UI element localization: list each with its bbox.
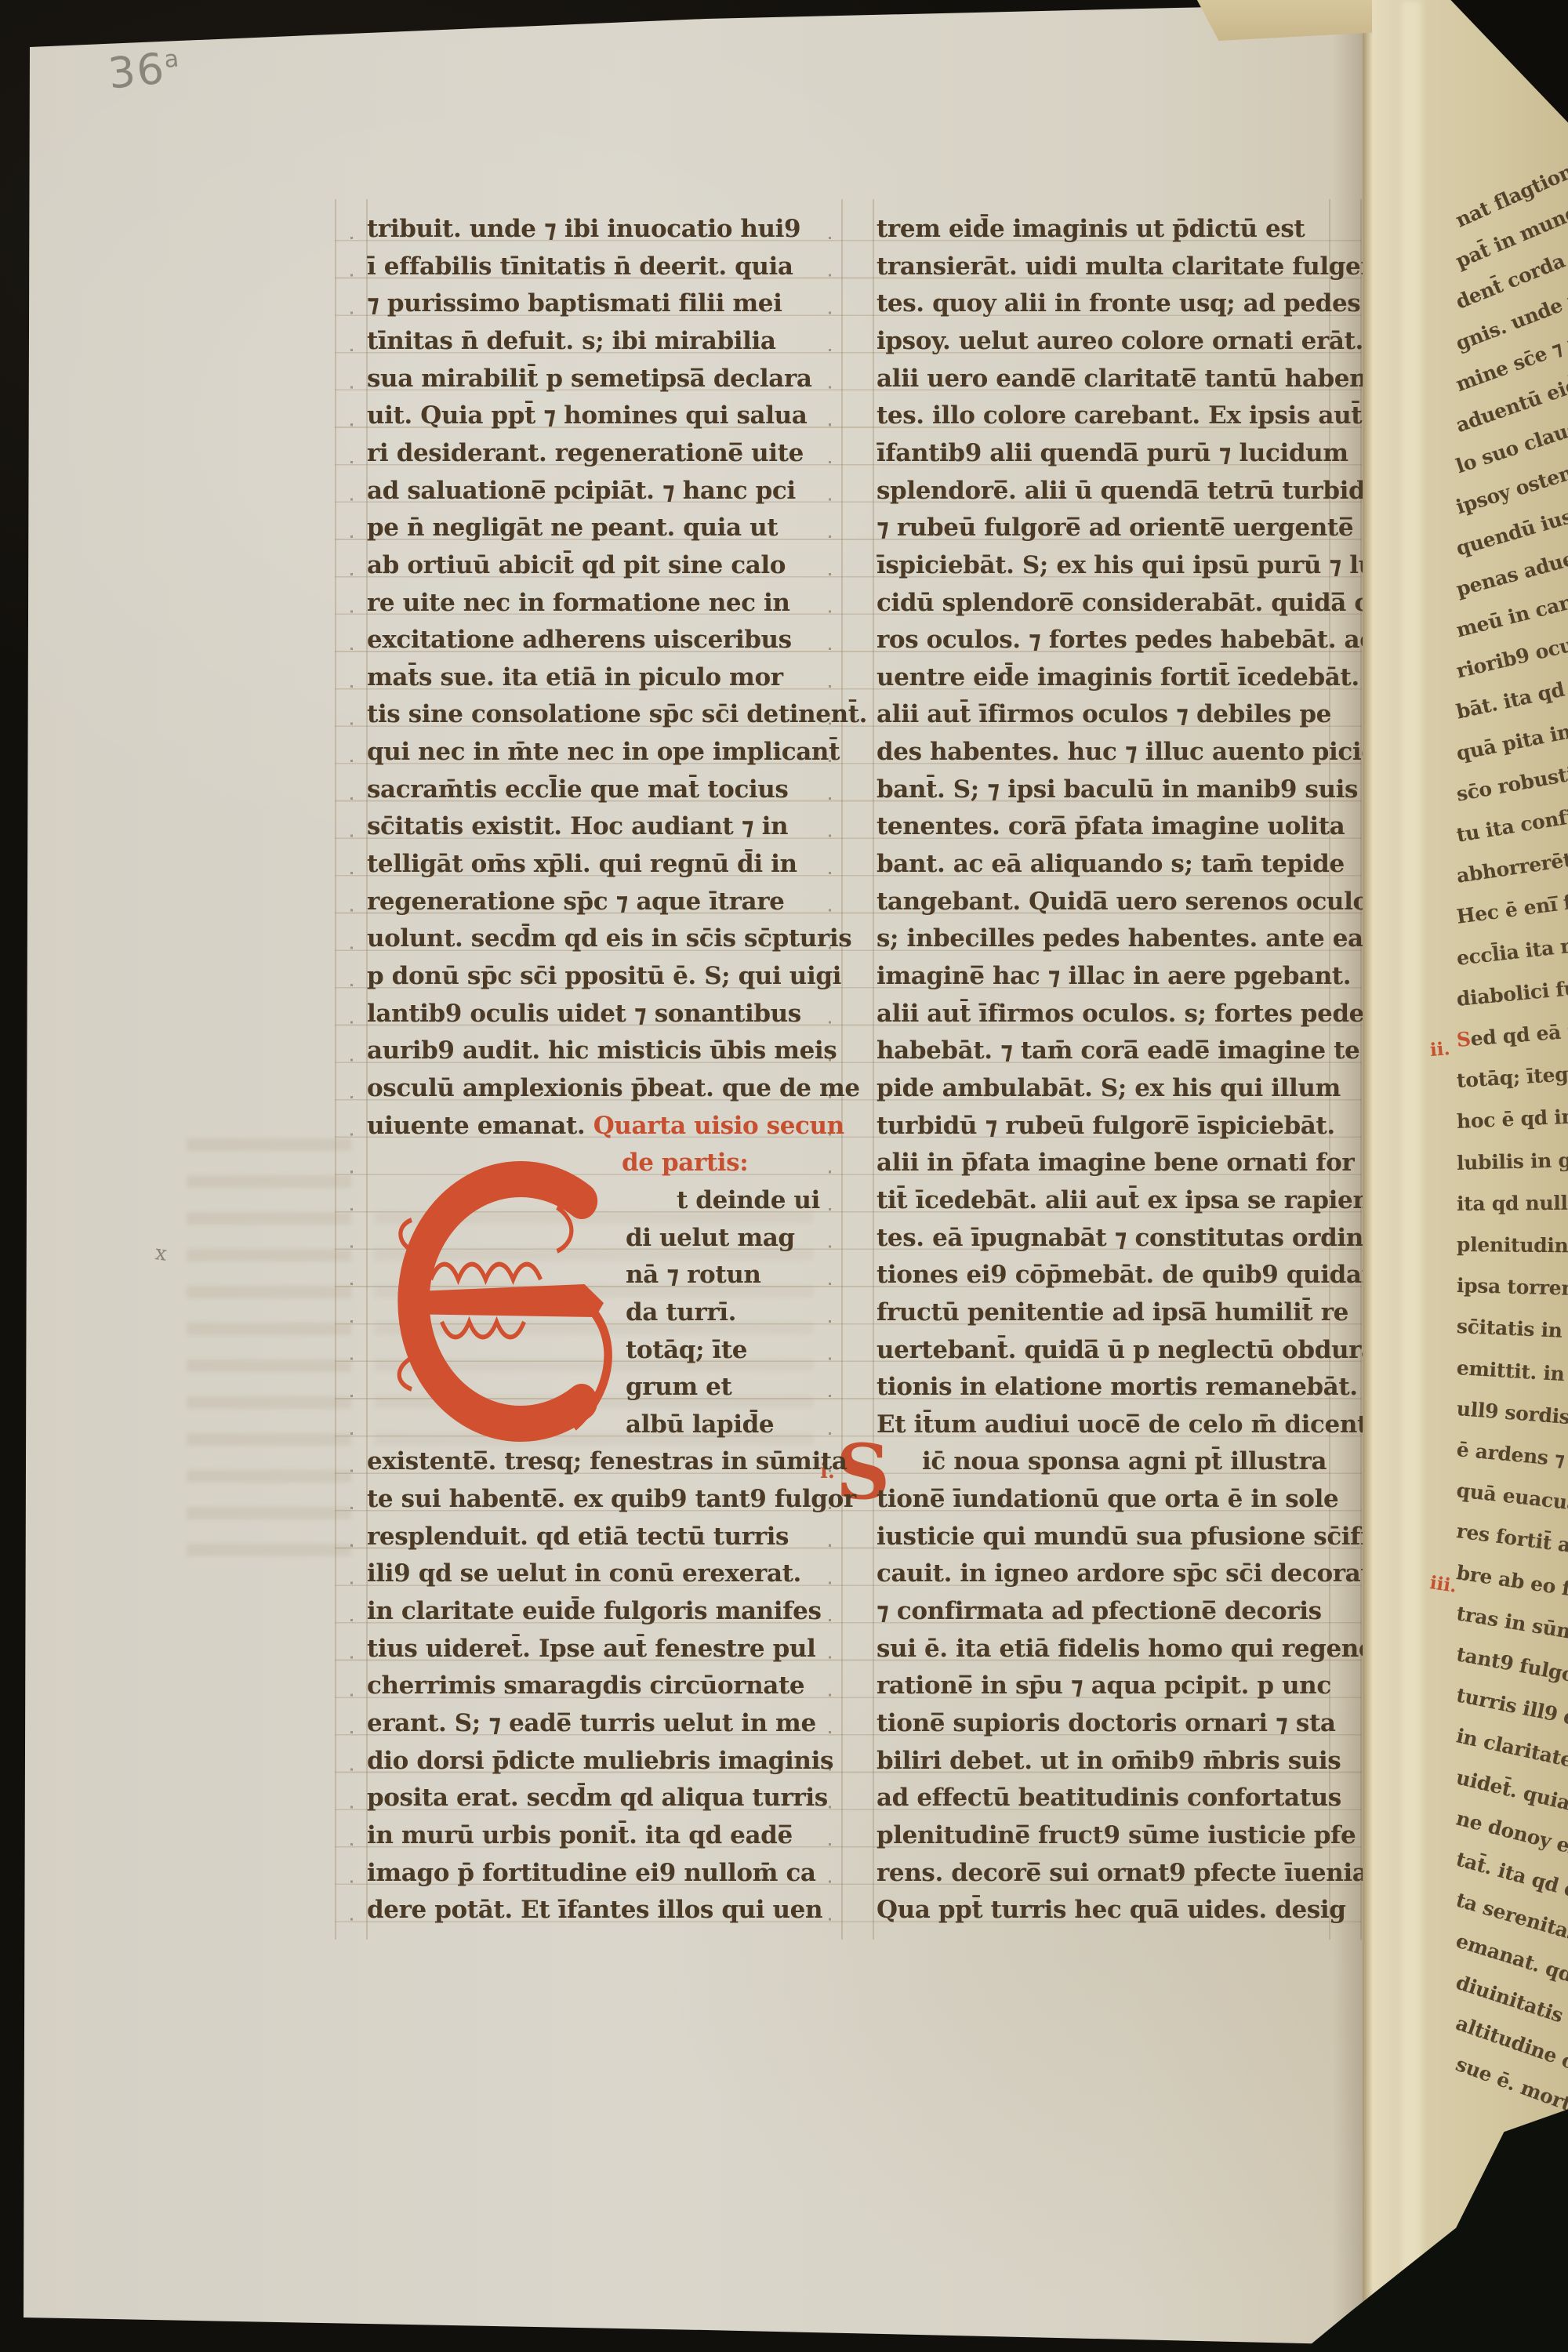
text-line: de partis: [622, 1147, 748, 1178]
text-line: īfantib9 alii quenda̅ purū ⁊ lucidum [877, 437, 1348, 469]
text-line: in claritate euid̄e fulgoris manifes [367, 1595, 822, 1627]
text-line: rens. decore̅ sui ornat9 pfecte īueniat. [877, 1857, 1387, 1889]
next-page-text-fragment: emittit. in qua [1456, 1356, 1568, 1388]
text-line: grum et [626, 1371, 731, 1403]
text-line: tius uideret̄. Ipse aut̄ fenestre pul [367, 1633, 815, 1664]
text-line: turbidū ⁊ rubeū fulgore̅ īspiciebāt. [877, 1110, 1335, 1142]
text-line: ad saluatione̅ pcipiāt. ⁊ hanc pci [367, 475, 796, 506]
text-line: Et it̄um audiui uoce̅ de celo m̄ dicente… [877, 1409, 1383, 1440]
text-line: ī effabilis tīnitatis n̄ deerit. quia [367, 251, 793, 282]
text-line: tes. quoy alii in fronte usq; ad pedes [877, 288, 1360, 319]
text-line: ⁊ rubeū fulgore̅ ad oriente̅ uergente̅ [877, 512, 1353, 543]
next-page-text-fragment: eccl̄ia ita robor [1455, 929, 1568, 970]
folio-superscript: a [163, 45, 182, 74]
next-page-text-fragment: res fortit̄ accendi [1455, 1520, 1568, 1566]
text-line: uolunt. secd̄m qd eis in sc̄is sc̄pturis [367, 923, 851, 954]
next-page-text-fragment: bre ab eo fugan [1455, 1561, 1568, 1608]
text-line: pide ambulabāt. S; ex his qui illum [877, 1073, 1341, 1104]
ink-bleedthrough [187, 1138, 351, 1562]
text-line: erant. S; ⁊ eade̅ turris uelut in me [367, 1708, 816, 1739]
text-line: des habentes. huc ⁊ illuc auento picie [877, 736, 1377, 768]
text-line: te sui habente̅. ex quib9 tant9 fulgor [367, 1483, 856, 1515]
text-line: tis sine consolatione sp̄c sc̄i detinent… [367, 699, 867, 730]
text-line: tes. eā īpugnabāt ⁊ constitutas ordina [877, 1222, 1379, 1254]
text-line: tione̅ supioris doctoris ornari ⁊ sta [877, 1708, 1336, 1739]
text-line: ad effectū beatitudinis confortatus [877, 1782, 1341, 1813]
text-line: imagine̅ hac ⁊ illac in aere pgebant. [877, 960, 1351, 992]
text-line: di uelut mag [626, 1222, 795, 1254]
next-page-text-fragment: ē ardens ⁊ lucens [1456, 1438, 1568, 1478]
text-line: ab ortiuū abicit̄ qd pit sine calo [367, 550, 786, 581]
text-line: uertebant̄. quida̅ ū p neglectū obdura [877, 1334, 1377, 1366]
text-line: tangebant. Quida̅ uero serenos oculos [877, 886, 1382, 917]
text-line: uit. Quia ppt̄ ⁊ homines qui salua [367, 400, 807, 431]
text-line: tionis in elatione mortis remanebāt. [877, 1371, 1358, 1403]
text-line: trem eid̄e imaginis ut p̄dictū est [877, 213, 1305, 245]
text-line: uiuente emanat. Quarta uisio secun [367, 1110, 844, 1142]
text-line: telligāt om̄s xp̄li. qui regnū d̄i in [367, 848, 797, 880]
text-line: ic̄ noua sponsa agni pt̄ illustra [922, 1446, 1327, 1477]
text-line: sacram̄tis eccl̄ie que mat̄ tocius [367, 774, 789, 805]
section-numeral-ii: ii. [1429, 1038, 1450, 1061]
text-line: ili9 qd se uelut in conū erexerat. [367, 1558, 801, 1589]
text-line: osculū amplexionis p̄beat. que de me [367, 1073, 860, 1104]
text-line: bant. ac eā aliquando s; tam̄ tepide [877, 848, 1345, 880]
text-line: da turrī. [626, 1297, 736, 1328]
text-line: p donū sp̄c sc̄i ppositū ē. S; qui uigi [367, 960, 841, 992]
section-numeral-iii: iii. [1428, 1572, 1458, 1597]
text-line: tes. illo colore carebant. Ex ipsis aut̄ [877, 400, 1362, 431]
text-line: iusticie qui mundū sua pfusione sc̄ifi [877, 1521, 1370, 1552]
next-page-text-fragment: quā euacuabit̄. ⁊ [1455, 1479, 1568, 1521]
text-line: cauit. in igneo ardore sp̄c sc̄i decorat… [877, 1558, 1387, 1589]
text-line: dio dorsi p̄dicte muliebris imaginis [367, 1745, 833, 1777]
text-line: pe n̄ negligāt ne peant. quia ut [367, 512, 778, 543]
text-line: ipsoy. uelut aureo colore ornati erāt. [877, 325, 1363, 357]
pricking-dots [350, 237, 353, 1930]
text-line: imago p̄ fortitudine ei9 nullom̄ ca [367, 1857, 816, 1889]
text-line: alii in p̄fata imagine bene ornati for [877, 1147, 1354, 1178]
folio-number: 36a [106, 42, 183, 98]
ruling-line-vertical [873, 199, 874, 1940]
next-page-text-fragment: diabolici furor [1456, 973, 1568, 1010]
text-line: lantib9 oculis uidet ⁊ sonantibus [367, 998, 801, 1029]
text-line: ri desiderant. regeneratione̅ uite [367, 437, 804, 469]
text-line: sc̄itatis existit. Hoc audiant ⁊ in [367, 811, 788, 842]
text-line: regeneratione sp̄c ⁊ aque ītrare [367, 886, 784, 917]
text-line: alii aut̄ īfirmos oculos ⁊ debiles pe [877, 699, 1331, 730]
text-line: tīnitas n̄ defuit. s; ibi mirabilia [367, 325, 776, 357]
body-text: uiuente emanat. [367, 1112, 593, 1140]
text-line: dere potāt. Et īfantes illos qui uen [367, 1894, 822, 1926]
next-page-text-fragment: tu ita confirma [1455, 798, 1568, 847]
text-line: qui nec in m̄te nec in ope implicant̄ [367, 736, 840, 768]
text-line: posita erat. secd̄m qd aliqua turris [367, 1782, 828, 1813]
text-line: bant̄. S; ⁊ ipsi baculū in manib9 suis [877, 774, 1358, 805]
text-line: resplenduit. qd etiā tectū turris [367, 1521, 789, 1552]
ruling-line-vertical [841, 199, 843, 1940]
text-line: excitatione adherens uisceribus [367, 624, 792, 655]
next-page-text-fragment: Sed qd eā iu [1456, 1018, 1568, 1051]
next-page-text-fragment: ipsa torrens it̄ h [1457, 1274, 1568, 1301]
initial-red: S [1456, 1028, 1472, 1051]
illuminated-initial-E [351, 1160, 626, 1443]
next-page-text-fragment: abhorrerēt. q̄n s [1455, 840, 1568, 887]
next-page-text-fragment: ull9 sordis īuenta [1456, 1397, 1568, 1434]
text-line: Qua ppt̄ turris hec qua̅ uides. desig [877, 1894, 1346, 1926]
text-line: plenitudine̅ fruct9 sūme iusticie pfe [877, 1820, 1356, 1851]
text-line: cherrimis smaragdis circūornate [367, 1670, 804, 1701]
text-line: alii uero eande̅ claritate̅ tantū haben [877, 363, 1367, 394]
next-page-text-fragment: ita qd nulla cor [1457, 1191, 1568, 1215]
rubric-text: Quarta uisio secun [593, 1112, 844, 1140]
text-line: nā ⁊ rotun [626, 1259, 761, 1290]
text-line: splendore̅. alii ū quenda̅ tetrū turbidū [877, 475, 1382, 506]
text-line: totāq; īte [626, 1334, 747, 1366]
text-line: sui ē. ita etiā fidelis homo qui regene [877, 1633, 1374, 1664]
next-page-text-fragment: sc̄itatis in clarita [1456, 1315, 1568, 1345]
text-line: tribuit. unde ⁊ ibi inuocatio hui9 [367, 213, 800, 245]
text-line: fructū penitentie ad ipsa̅ humilit̄ re [877, 1297, 1348, 1328]
text-line: habebāt. ⁊ tam̄ cora̅ eade̅ imagine te [877, 1035, 1359, 1066]
text-line: tiones ei9 cōp̄mebāt. de quib9 quidam p [877, 1259, 1412, 1290]
next-page-text-fragment: lubilis in gr̄a. om [1457, 1147, 1568, 1174]
text-line: ⁊ purissimo baptismati filii mei [367, 288, 782, 319]
fold-highlight [1402, 0, 1422, 2352]
text-line: s; inbecilles pedes habentes. ante eande… [877, 923, 1412, 954]
next-page-text-fragment: totāq; ītegrū ⁊ [1456, 1061, 1568, 1093]
text-line: uentre eid̄e imaginis fortit̄ īcedebāt. [877, 662, 1359, 693]
next-page-edge: nat flagtione̅ dompat̄ in mundū ppdent̄ … [1363, 0, 1568, 2352]
text-line: tione̅ īundationū que orta ē in sole [877, 1483, 1338, 1515]
text-line: in murū urbis ponit̄. ita qd eade̅ [367, 1820, 793, 1851]
text-line: existente̅. tresq; fenestras in sūmita [367, 1446, 847, 1477]
text-line: ratione̅ in sp̄u ⁊ aqua pcipit. p unc [877, 1670, 1331, 1701]
ruling-line-vertical [335, 199, 336, 1940]
text-line: ⁊ confirmata ad pfectione̅ decoris [877, 1595, 1322, 1627]
text-line: transierāt. uidi multa claritate fulgen [877, 251, 1378, 282]
next-page-text-fragment: hoc ē qd iniua [1456, 1104, 1568, 1133]
text-line: t deinde ui [677, 1185, 820, 1216]
text-line: biliri debet. ut in om̄ib9 m̄bris suis [877, 1745, 1341, 1777]
next-page-text-fragment: Hec ē eni̅ fortit [1455, 885, 1568, 928]
text-line: albū lapid̄e [626, 1409, 774, 1440]
text-line: re uite nec in formatione nec in [367, 587, 790, 619]
text-line: īspiciebāt. S; ex his qui ipsū purū ⁊ lu [877, 550, 1376, 581]
text-line: ros oculos. ⁊ fortes pedes habebāt. ac ī [877, 624, 1391, 655]
text-line: cidū splendore̅ considerabāt. quida̅ cla [877, 587, 1393, 619]
text-line: alii aut̄ īfirmos oculos. s; fortes pede… [877, 998, 1377, 1029]
next-page-text-fragment: plenitudinis iust [1457, 1233, 1568, 1258]
text-line: tenentes. cora̅ p̄fata imagine uolita [877, 811, 1345, 842]
text-line: mat̄s sue. ita etiā in piculo mor [367, 662, 783, 693]
text-line: sua mirabilit̄ p semetipsa̅ declara [367, 363, 812, 394]
text-line: aurib9 audit. hic misticis ūbis meis [367, 1035, 837, 1066]
manuscript-photo: 36a x S i. tribuit. unde ⁊ ibi inuocatio… [0, 0, 1568, 2352]
text-line: tit̄ īcedebāt. alii aut̄ ex ipsa se rapi… [877, 1185, 1370, 1216]
